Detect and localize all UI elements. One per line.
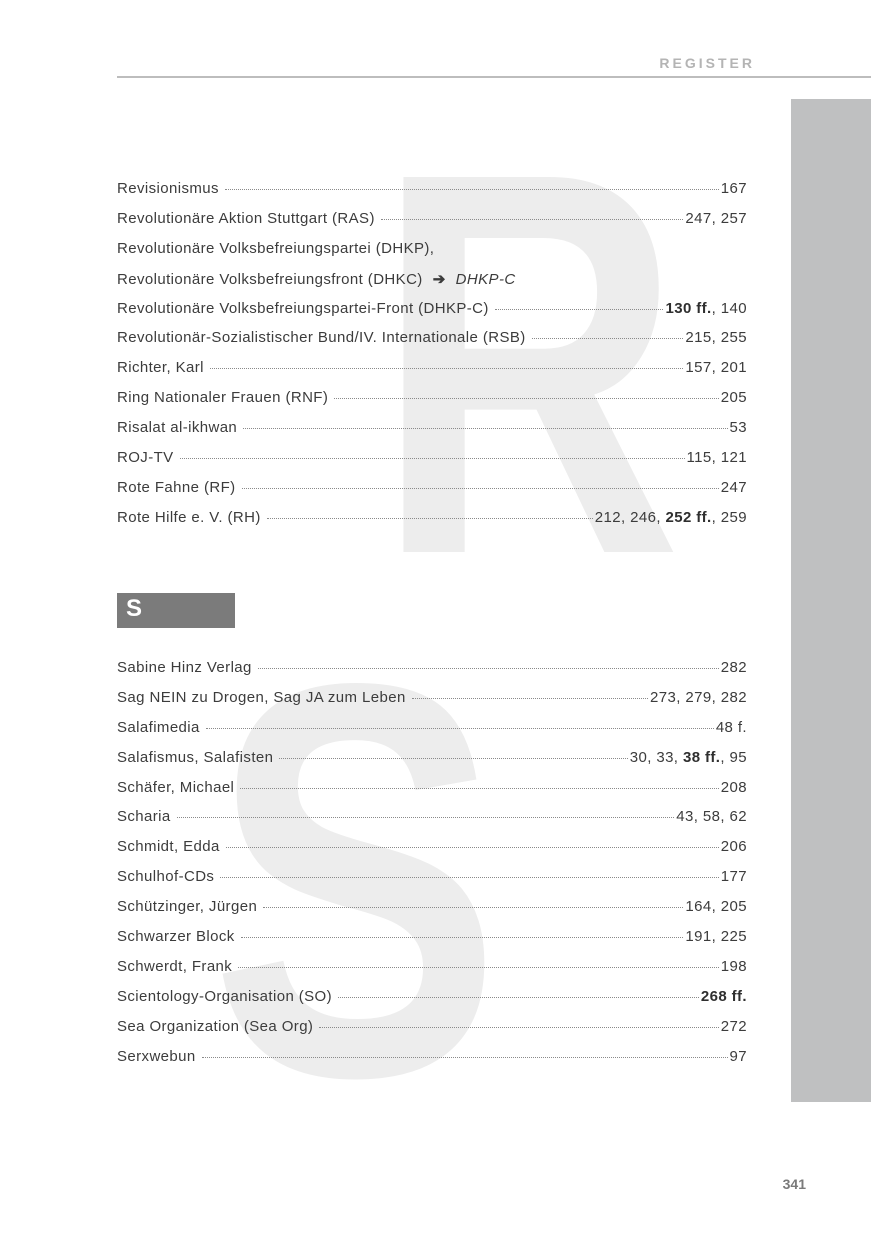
index-term: Sabine Hinz Verlag [117, 659, 252, 676]
page-references: 247, 257 [685, 210, 747, 227]
page-references: 268 ff. [701, 988, 747, 1005]
index-term: Sag NEIN zu Drogen, Sag JA zum Leben [117, 689, 406, 706]
index-entry: Rote Hilfe e. V. (RH)212, 246, 252 ff., … [117, 509, 747, 539]
page-reference: 167 [721, 180, 747, 197]
see-arrow-icon: ➔ [433, 270, 446, 288]
page-reference: , 140 [712, 300, 747, 317]
index-term: Richter, Karl [117, 359, 204, 376]
index-entry: Schulhof-CDs177 [117, 868, 747, 898]
index-term: Sea Organization (Sea Org) [117, 1018, 313, 1035]
section-letter-box: S [117, 593, 235, 628]
index-entry: Schäfer, Michael208 [117, 779, 747, 809]
page-reference: 212, 246, [595, 509, 666, 526]
index-entry: Schwerdt, Frank198 [117, 958, 747, 988]
index-entry: Schmidt, Edda206 [117, 838, 747, 868]
index-term: Schwarzer Block [117, 928, 235, 945]
page-references: 208 [721, 779, 747, 796]
page-references: 191, 225 [685, 928, 747, 945]
page-references: 97 [730, 1048, 748, 1065]
dot-leader [338, 996, 699, 998]
dot-leader [241, 936, 684, 938]
page-references: 115, 121 [687, 449, 747, 466]
main-page-reference: 252 ff. [665, 509, 711, 526]
page-reference: 247, 257 [685, 210, 747, 227]
page-references: 30, 33, 38 ff., 95 [630, 749, 747, 766]
page-references: 43, 58, 62 [676, 808, 747, 825]
dot-leader [240, 787, 718, 789]
index-term: Rote Fahne (RF) [117, 479, 236, 496]
page-reference: 97 [730, 1048, 748, 1065]
index-term: Revolutionäre Volksbefreiungspartei-Fron… [117, 300, 489, 317]
dot-leader [226, 846, 719, 848]
cross-reference: DHKP-C [456, 271, 516, 288]
page-reference: 206 [721, 838, 747, 855]
index-entry: Ring Nationaler Frauen (RNF)205 [117, 389, 747, 419]
dot-leader [495, 308, 664, 310]
dot-leader [532, 337, 684, 339]
page-reference: , 95 [720, 749, 747, 766]
index-term: Schmidt, Edda [117, 838, 220, 855]
page-references: 198 [721, 958, 747, 975]
page-references: 205 [721, 389, 747, 406]
index-entry: Schwarzer Block191, 225 [117, 928, 747, 958]
main-page-reference: 130 ff. [665, 300, 711, 317]
dot-leader [263, 906, 683, 908]
page-reference: 115, 121 [687, 449, 747, 466]
page-reference: 205 [721, 389, 747, 406]
index-term: Salafismus, Salafisten [117, 749, 273, 766]
index-term: Revolutionäre Aktion Stuttgart (RAS) [117, 210, 375, 227]
index-entry: Revolutionäre Volksbefreiungspartei (DHK… [117, 240, 747, 270]
index-term: Revisionismus [117, 180, 219, 197]
index-term: Revolutionär-Sozialistischer Bund/IV. In… [117, 329, 526, 346]
page-references: 215, 255 [685, 329, 747, 346]
side-thumb-bar [791, 99, 871, 1102]
index-entry: Schützinger, Jürgen164, 205 [117, 898, 747, 928]
page-reference: 273, 279, 282 [650, 689, 747, 706]
dot-leader [238, 966, 719, 968]
page-reference: 164, 205 [685, 898, 747, 915]
dot-leader [279, 757, 627, 759]
index-entry: Rote Fahne (RF)247 [117, 479, 747, 509]
dot-leader [225, 188, 719, 190]
page-references: 167 [721, 180, 747, 197]
index-entry: Sea Organization (Sea Org)272 [117, 1018, 747, 1048]
index-term: Schäfer, Michael [117, 779, 234, 796]
dot-leader [319, 1026, 718, 1028]
dot-leader [202, 1056, 728, 1058]
index-entry: Scientology-Organisation (SO)268 ff. [117, 988, 747, 1018]
dot-leader [334, 397, 718, 399]
section-letter: S [126, 595, 142, 623]
dot-leader [412, 697, 648, 699]
page-reference: 30, 33, [630, 749, 683, 766]
index-term: Schulhof-CDs [117, 868, 214, 885]
dot-leader [177, 816, 675, 818]
index-term: Revolutionäre Volksbefreiungspartei (DHK… [117, 240, 434, 257]
page-references: 247 [721, 479, 747, 496]
page-references: 282 [721, 659, 747, 676]
page-reference: 198 [721, 958, 747, 975]
page-references: 206 [721, 838, 747, 855]
index-entry: Richter, Karl157, 201 [117, 359, 747, 389]
page-references: 48 f. [716, 719, 747, 736]
page-number: 341 [770, 1176, 806, 1192]
page-reference: 53 [730, 419, 748, 436]
index-entry: Revolutionäre Volksbefreiungspartei-Fron… [117, 300, 747, 330]
page-reference: 282 [721, 659, 747, 676]
dot-leader [381, 218, 684, 220]
page-references: 157, 201 [685, 359, 747, 376]
index-term: Risalat al-ikhwan [117, 419, 237, 436]
dot-leader [206, 727, 714, 729]
index-term: Schützinger, Jürgen [117, 898, 257, 915]
index-term: Serxwebun [117, 1048, 196, 1065]
dot-leader [267, 517, 593, 519]
dot-leader [242, 487, 719, 489]
page-references: 53 [730, 419, 748, 436]
page-reference: 272 [721, 1018, 747, 1035]
index-entry: Risalat al-ikhwan53 [117, 419, 747, 449]
index-entry: Revolutionäre Volksbefreiungsfront (DHKC… [117, 270, 747, 300]
page-reference: 157, 201 [685, 359, 747, 376]
index-term: Scientology-Organisation (SO) [117, 988, 332, 1005]
main-page-reference: 38 ff. [683, 749, 720, 766]
index-term: Schwerdt, Frank [117, 958, 232, 975]
index-entry: Serxwebun97 [117, 1048, 747, 1078]
index-entry: Sag NEIN zu Drogen, Sag JA zum Leben273,… [117, 689, 747, 719]
page-reference: 43, 58, 62 [676, 808, 747, 825]
index-term: Salafimedia [117, 719, 200, 736]
index-entry: Revolutionäre Aktion Stuttgart (RAS)247,… [117, 210, 747, 240]
dot-leader [243, 427, 727, 429]
index-entry: Revolutionär-Sozialistischer Bund/IV. In… [117, 329, 747, 359]
index-entry: ROJ-TV115, 121 [117, 449, 747, 479]
page-references: 130 ff., 140 [665, 300, 747, 317]
dot-leader [180, 457, 685, 459]
index-entry: Revisionismus167 [117, 180, 747, 210]
dot-leader [258, 667, 719, 669]
page-references: 273, 279, 282 [650, 689, 747, 706]
index-entry: Salafimedia48 f. [117, 719, 747, 749]
dot-leader [220, 876, 718, 878]
index-term: Ring Nationaler Frauen (RNF) [117, 389, 328, 406]
page-references: 212, 246, 252 ff., 259 [595, 509, 747, 526]
index-entry: Salafismus, Salafisten30, 33, 38 ff., 95 [117, 749, 747, 779]
index-section-r: Revisionismus167Revolutionäre Aktion Stu… [117, 180, 747, 539]
page-reference: , 259 [712, 509, 747, 526]
index-entry: Scharia43, 58, 62 [117, 808, 747, 838]
index-entry: Sabine Hinz Verlag282 [117, 659, 747, 689]
index-section-s: Sabine Hinz Verlag282Sag NEIN zu Drogen,… [117, 659, 747, 1077]
index-term: Scharia [117, 808, 171, 825]
main-page-reference: 268 ff. [701, 988, 747, 1005]
page-reference: 208 [721, 779, 747, 796]
dot-leader [210, 367, 684, 369]
page-reference: 247 [721, 479, 747, 496]
index-term: Rote Hilfe e. V. (RH) [117, 509, 261, 526]
index-term: Revolutionäre Volksbefreiungsfront (DHKC… [117, 271, 423, 288]
page-references: 272 [721, 1018, 747, 1035]
page-reference: 191, 225 [685, 928, 747, 945]
index-term: ROJ-TV [117, 449, 174, 466]
page-references: 177 [721, 868, 747, 885]
page-reference: 177 [721, 868, 747, 885]
page-reference: 48 f. [716, 719, 747, 736]
page-references: 164, 205 [685, 898, 747, 915]
page-reference: 215, 255 [685, 329, 747, 346]
